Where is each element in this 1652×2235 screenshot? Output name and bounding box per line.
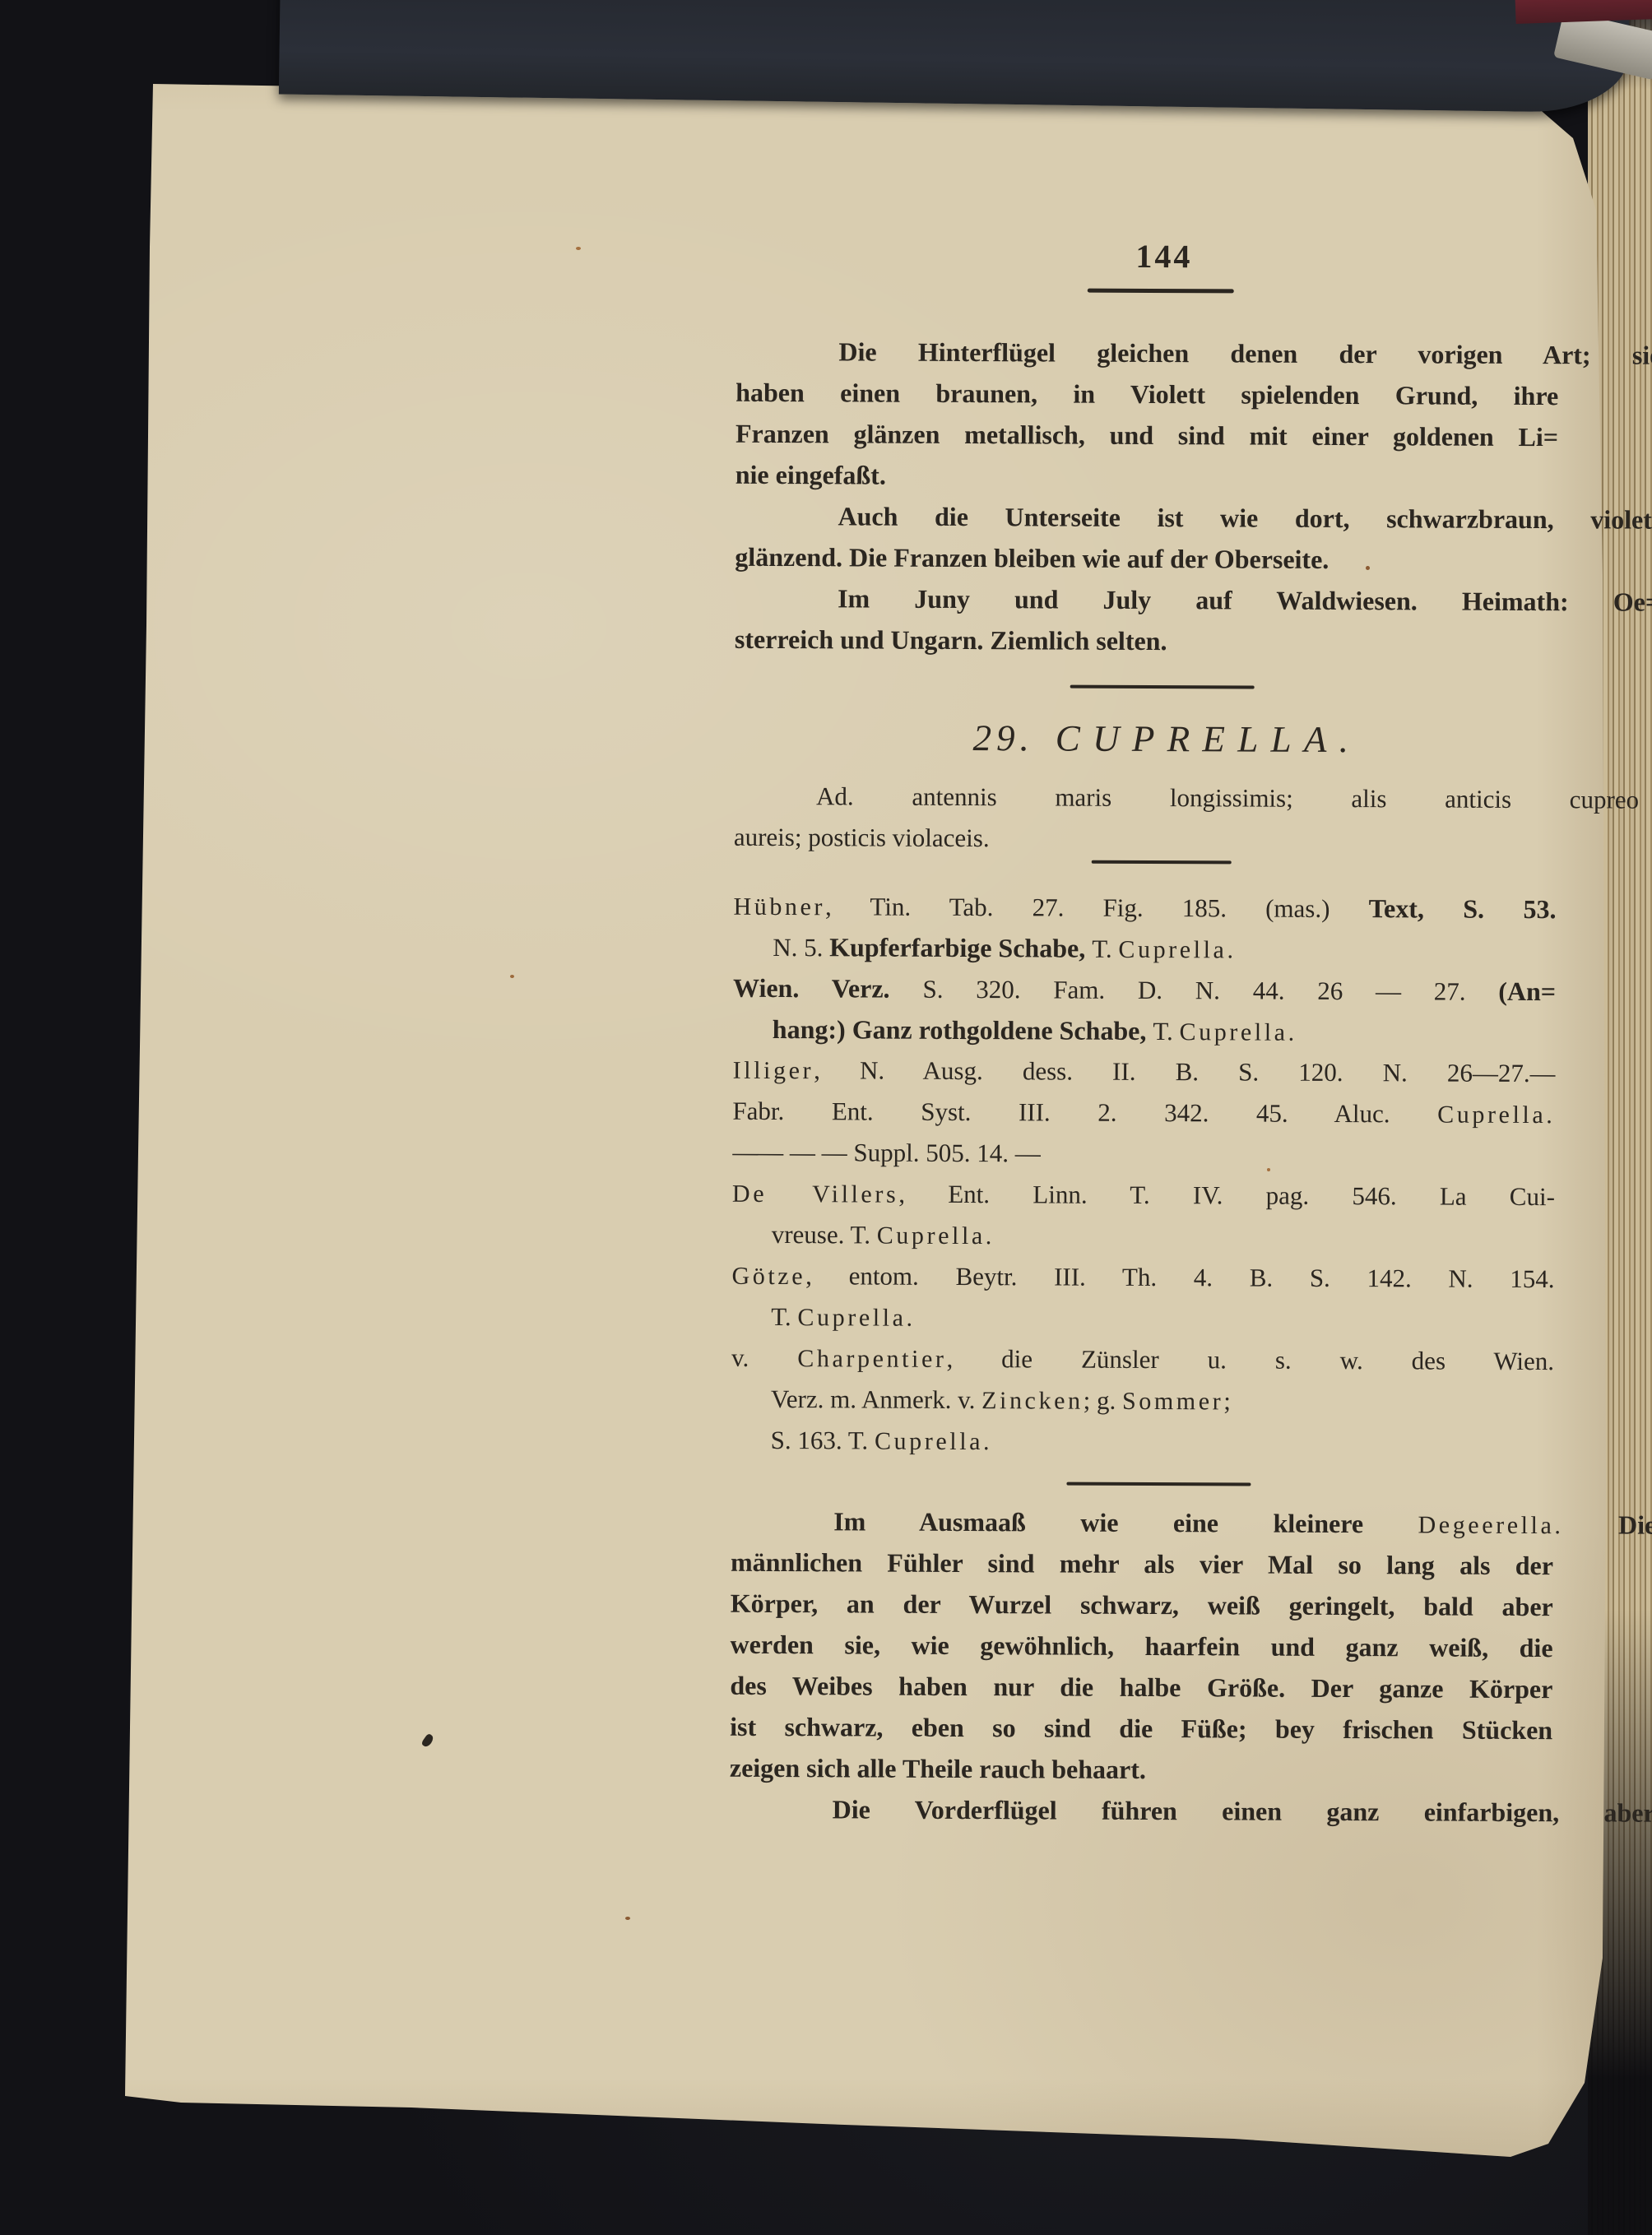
text-segment: , die Zünsler u. s. w. des Wien. [946, 1344, 1554, 1375]
text-segment: Kupferfarbige Schabe, [829, 932, 1092, 962]
text-segment: Körper, an der Wurzel schwarz, weiß geri… [731, 1588, 1553, 1621]
scan-canvas: { "colors": { "paper": "#d9cdb0", "ink":… [0, 0, 1652, 2235]
text-segment: Ad. antennis maris longissimis; alis ant… [816, 781, 1639, 814]
text-segment: Franzen glänzen metallisch, und sind mit… [736, 419, 1558, 452]
text-line: Im Ausmaaß wie eine kleinere Degeerella.… [731, 1500, 1652, 1546]
printed-content: 144 Die Hinterflügel gleichen denen der … [0, 0, 1652, 2235]
description-paragraphs: Im Ausmaaß wie eine kleinere Degeerella.… [730, 1500, 1554, 1833]
text-segment: Cuprella. [1437, 1101, 1555, 1129]
text-segment: v. [731, 1343, 797, 1372]
text-line: Hübner, Tin. Tab. 27. Fig. 185. (mas.) T… [733, 885, 1556, 930]
text-segment: Im Ausmaaß wie eine kleinere [833, 1506, 1418, 1538]
text-line: v. Charpentier, die Zünsler u. s. w. des… [731, 1338, 1554, 1382]
text-line: Illiger, N. Ausg. dess. II. B. S. 120. N… [733, 1050, 1556, 1094]
text-segment: Charpentier [797, 1345, 946, 1373]
page-number: 144 [1086, 237, 1242, 276]
text-segment: werden sie, wie gewöhnlich, haarfein und… [731, 1630, 1553, 1662]
text-line: Die Vorderflügel führen einen ganz einfa… [730, 1788, 1652, 1834]
text-segment: Fabr. Ent. Syst. III. 2. 342. 45. Aluc. [732, 1097, 1437, 1129]
text-segment: —— — — Suppl. 505. 14. — [732, 1138, 1041, 1168]
text-line: Die Hinterflügel gleichen denen der vori… [736, 331, 1652, 376]
text-segment: Götze [731, 1263, 805, 1290]
text-line: Fabr. Ent. Syst. III. 2. 342. 45. Aluc. … [732, 1091, 1555, 1135]
text-line: Ad. antennis maris longissimis; alis ant… [734, 776, 1639, 821]
text-line: hang:) Ganz rothgoldene Schabe, T. Cupre… [733, 1009, 1595, 1054]
text-line: glänzend. Die Franzen bleiben wie auf de… [735, 536, 1557, 581]
text-segment: nie eingefaßt. [736, 460, 886, 490]
text-segment: S. 163. T. [771, 1426, 875, 1455]
text-segment: Cuprella. [877, 1222, 995, 1250]
text-line: ist schwarz, eben so sind die Füße; bey … [730, 1706, 1552, 1750]
text-line: Verz. m. Anmerk. v. Zincken; g. Sommer; [731, 1379, 1594, 1424]
text-line: Auch die Unterseite ist wie dort, schwar… [735, 495, 1652, 540]
text-segment: glänzend. Die Franzen bleiben wie auf de… [735, 542, 1329, 574]
text-line: De Villers, Ent. Linn. T. IV. pag. 546. … [732, 1173, 1555, 1217]
divider-rule [1070, 685, 1255, 689]
text-segment: zeigen sich alle Theile rauch behaart. [730, 1753, 1146, 1784]
text-segment: N. 5. [773, 933, 829, 962]
text-line: vreuse. T. Cuprella. [732, 1214, 1594, 1259]
intro-paragraphs: Die Hinterflügel gleichen denen der vori… [735, 331, 1559, 663]
text-segment: Zincken [981, 1387, 1084, 1415]
text-segment: haben einen braunen, in Violett spielend… [736, 378, 1558, 410]
text-segment: Cuprella. [797, 1304, 915, 1332]
text-segment: sterreich und Ungarn. Ziemlich selten. [735, 624, 1167, 656]
text-segment: , Ent. Linn. T. IV. pag. 546. La Cui- [898, 1180, 1555, 1211]
text-line: sterreich und Ungarn. Ziemlich selten. [735, 619, 1557, 663]
text-segment: T. [771, 1302, 797, 1331]
divider-rule [1092, 860, 1232, 865]
text-segment: T. [1153, 1017, 1179, 1046]
text-segment: ; [1223, 1386, 1231, 1415]
section-title: CUPRELLA. [1056, 717, 1362, 760]
text-segment: des Weibes haben nur die halbe Größe. De… [730, 1671, 1552, 1704]
text-segment: aureis; posticis violaceis. [734, 823, 990, 852]
text-segment: , entom. Beytr. III. Th. 4. B. S. 142. N… [805, 1261, 1555, 1293]
text-segment: Verz. m. Anmerk. v. [771, 1384, 981, 1414]
text-line: N. 5. Kupferfarbige Schabe, T. Cuprella. [733, 926, 1595, 971]
text-segment: Degeerella. [1418, 1511, 1563, 1539]
text-segment: Die Vorderflügel führen einen ganz einfa… [833, 1794, 1652, 1827]
text-line: Körper, an der Wurzel schwarz, weiß geri… [731, 1583, 1553, 1627]
text-segment: Hübner [733, 893, 825, 920]
text-line: aureis; posticis violaceis. [734, 817, 1557, 861]
text-line: des Weibes haben nur die halbe Größe. De… [730, 1665, 1552, 1709]
references-list: Hübner, Tin. Tab. 27. Fig. 185. (mas.) T… [731, 885, 1557, 1464]
text-segment: männlichen Fühler sind mehr als vier Mal… [731, 1547, 1553, 1580]
text-line: zeigen sich alle Theile rauch behaart. [730, 1747, 1552, 1792]
text-segment: , Tin. Tab. 27. Fig. 185. (mas.) [825, 892, 1369, 923]
text-line: S. 163. T. Cuprella. [731, 1420, 1594, 1465]
text-segment: Die [1563, 1509, 1652, 1539]
text-line: werden sie, wie gewöhnlich, haarfein und… [730, 1624, 1552, 1668]
text-segment: , N. Ausg. dess. II. B. S. 120. N. 26—27… [814, 1055, 1556, 1087]
text-segment: Cuprella. [1179, 1018, 1297, 1046]
page-number-rule [1088, 289, 1234, 294]
text-line: Götze, entom. Beytr. III. Th. 4. B. S. 1… [731, 1255, 1554, 1300]
text-line: Im Juny und July auf Waldwiesen. Heimath… [735, 577, 1652, 623]
text-segment: hang:) Ganz rothgoldene Schabe, [773, 1014, 1153, 1046]
text-line: männlichen Fühler sind mehr als vier Mal… [731, 1542, 1553, 1586]
text-segment: S. 320. Fam. D. N. 44. 26 — 27. [923, 975, 1499, 1006]
text-segment: ist schwarz, eben so sind die Füße; bey … [730, 1712, 1552, 1745]
text-segment: Die Hinterflügel gleichen denen der vori… [838, 336, 1652, 369]
section-number: 29. [972, 717, 1033, 758]
text-line: Franzen glänzen metallisch, und sind mit… [736, 413, 1558, 457]
section-heading: 29.CUPRELLA. [734, 716, 1578, 762]
text-segment: Im Juny und July auf Waldwiesen. Heimath… [838, 583, 1652, 616]
text-segment: Sommer [1122, 1388, 1223, 1416]
text-segment: Auch die Unterseite ist wie dort, schwar… [838, 501, 1652, 534]
text-segment: (An= [1498, 976, 1556, 1006]
text-segment: De Villers [732, 1180, 898, 1208]
text-segment: Wien. Verz. [733, 973, 923, 1004]
divider-rule [1066, 1482, 1251, 1486]
text-segment: Cuprella. [875, 1428, 992, 1456]
text-line: haben einen braunen, in Violett spielend… [736, 372, 1558, 416]
text-segment: vreuse. T. [772, 1220, 877, 1250]
text-segment: Text, S. 53. [1369, 893, 1557, 924]
text-line: T. Cuprella. [731, 1296, 1594, 1342]
text-segment: ; g. [1084, 1386, 1123, 1415]
text-segment: Illiger [733, 1057, 814, 1084]
text-line: Wien. Verz. S. 320. Fam. D. N. 44. 26 — … [733, 967, 1556, 1012]
text-line: —— — — Suppl. 505. 14. — [732, 1132, 1555, 1176]
text-segment: T. [1092, 934, 1118, 963]
text-line: nie eingefaßt. [736, 454, 1558, 498]
diagnosis-paragraph: Ad. antennis maris longissimis; alis ant… [734, 776, 1557, 861]
text-segment: Cuprella. [1118, 936, 1236, 964]
